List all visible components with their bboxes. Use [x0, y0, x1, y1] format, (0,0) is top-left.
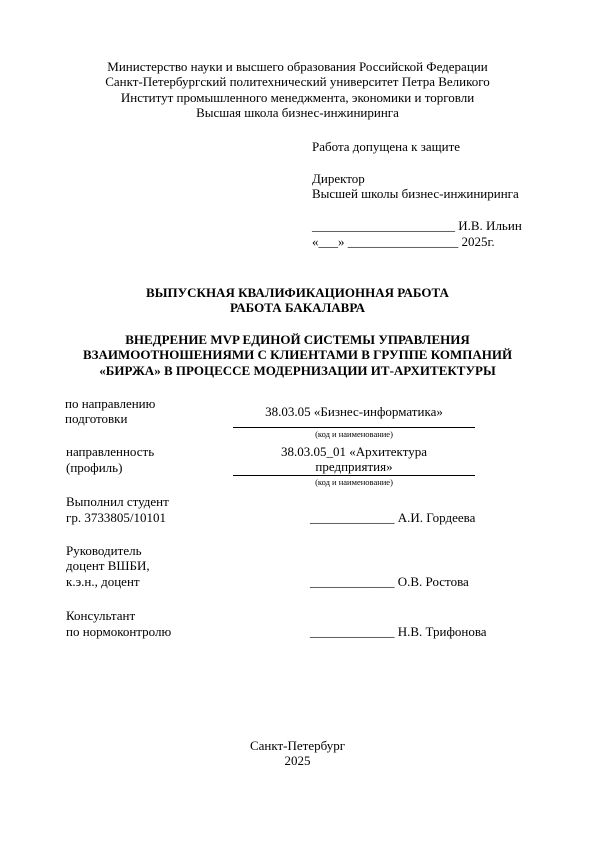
school-line: Высшая школа бизнес-инжиниринга — [0, 105, 595, 121]
supervisor-signature-row: _____________ О.В. Ростова — [310, 574, 469, 590]
direction-label-2: подготовки — [65, 411, 127, 427]
work-type: ВЫПУСКНАЯ КВАЛИФИКАЦИОННАЯ РАБОТА — [0, 285, 595, 301]
profile-label-1: направленность — [66, 444, 154, 460]
supervisor-name: О.В. Ростова — [398, 574, 469, 589]
direction-label-1: по направлению — [65, 396, 155, 412]
footer-city: Санкт-Петербург — [0, 738, 595, 754]
supervisor-label-1: Руководитель — [66, 543, 142, 559]
student-label-1: Выполнил студент — [66, 494, 169, 510]
director-position: Директор — [312, 171, 365, 187]
date-day-blank: «___» — [312, 234, 345, 249]
direction-underline — [233, 427, 475, 428]
profile-caption: (код и наименование) — [233, 477, 475, 487]
university-line: Санкт-Петербургский политехнический унив… — [0, 74, 595, 90]
date-year: 2025г. — [462, 234, 495, 249]
topic-line-1: ВНЕДРЕНИЕ MVP ЕДИНОЙ СИСТЕМЫ УПРАВЛЕНИЯ — [0, 332, 595, 348]
topic-line-2: ВЗАИМООТНОШЕНИЯМИ С КЛИЕНТАМИ В ГРУППЕ К… — [0, 347, 595, 363]
student-name: А.И. Гордеева — [398, 510, 476, 525]
signature-blank: _____________ — [310, 510, 395, 525]
ministry-line: Министерство науки и высшего образования… — [0, 59, 595, 75]
student-signature-row: _____________ А.И. Гордеева — [310, 510, 475, 526]
supervisor-label-2: доцент ВШБИ, — [66, 558, 150, 574]
consultant-signature-row: _____________ Н.В. Трифонова — [310, 624, 487, 640]
student-label-2: гр. 3733805/10101 — [66, 510, 166, 526]
profile-underline — [233, 475, 475, 476]
profile-value-1: 38.03.05_01 «Архитектура — [233, 444, 475, 460]
topic-line-3: «БИРЖА» В ПРОЦЕССЕ МОДЕРНИЗАЦИИ ИТ-АРХИТ… — [0, 363, 595, 379]
signature-blank: ______________________ — [312, 218, 455, 233]
director-signature-row: ______________________ И.В. Ильин — [312, 218, 522, 234]
footer-year: 2025 — [0, 753, 595, 769]
admitted-text: Работа допущена к защите — [312, 139, 460, 155]
approval-date-row: «___» _________________ 2025г. — [312, 234, 495, 250]
profile-label-2: (профиль) — [66, 460, 122, 476]
profile-value-2: предприятия» — [233, 459, 475, 475]
direction-caption: (код и наименование) — [233, 429, 475, 439]
consultant-label-1: Консультант — [66, 608, 135, 624]
director-department: Высшей школы бизнес-инжиниринга — [312, 186, 519, 202]
signature-blank: _____________ — [310, 624, 395, 639]
consultant-label-2: по нормоконтролю — [66, 624, 171, 640]
supervisor-label-3: к.э.н., доцент — [66, 574, 140, 590]
director-name: И.В. Ильин — [458, 218, 522, 233]
degree-type: РАБОТА БАКАЛАВРА — [0, 300, 595, 316]
institute-line: Институт промышленного менеджмента, экон… — [0, 90, 595, 106]
direction-value: 38.03.05 «Бизнес-информатика» — [233, 404, 475, 420]
date-month-blank: _________________ — [348, 234, 459, 249]
signature-blank: _____________ — [310, 574, 395, 589]
consultant-name: Н.В. Трифонова — [398, 624, 487, 639]
